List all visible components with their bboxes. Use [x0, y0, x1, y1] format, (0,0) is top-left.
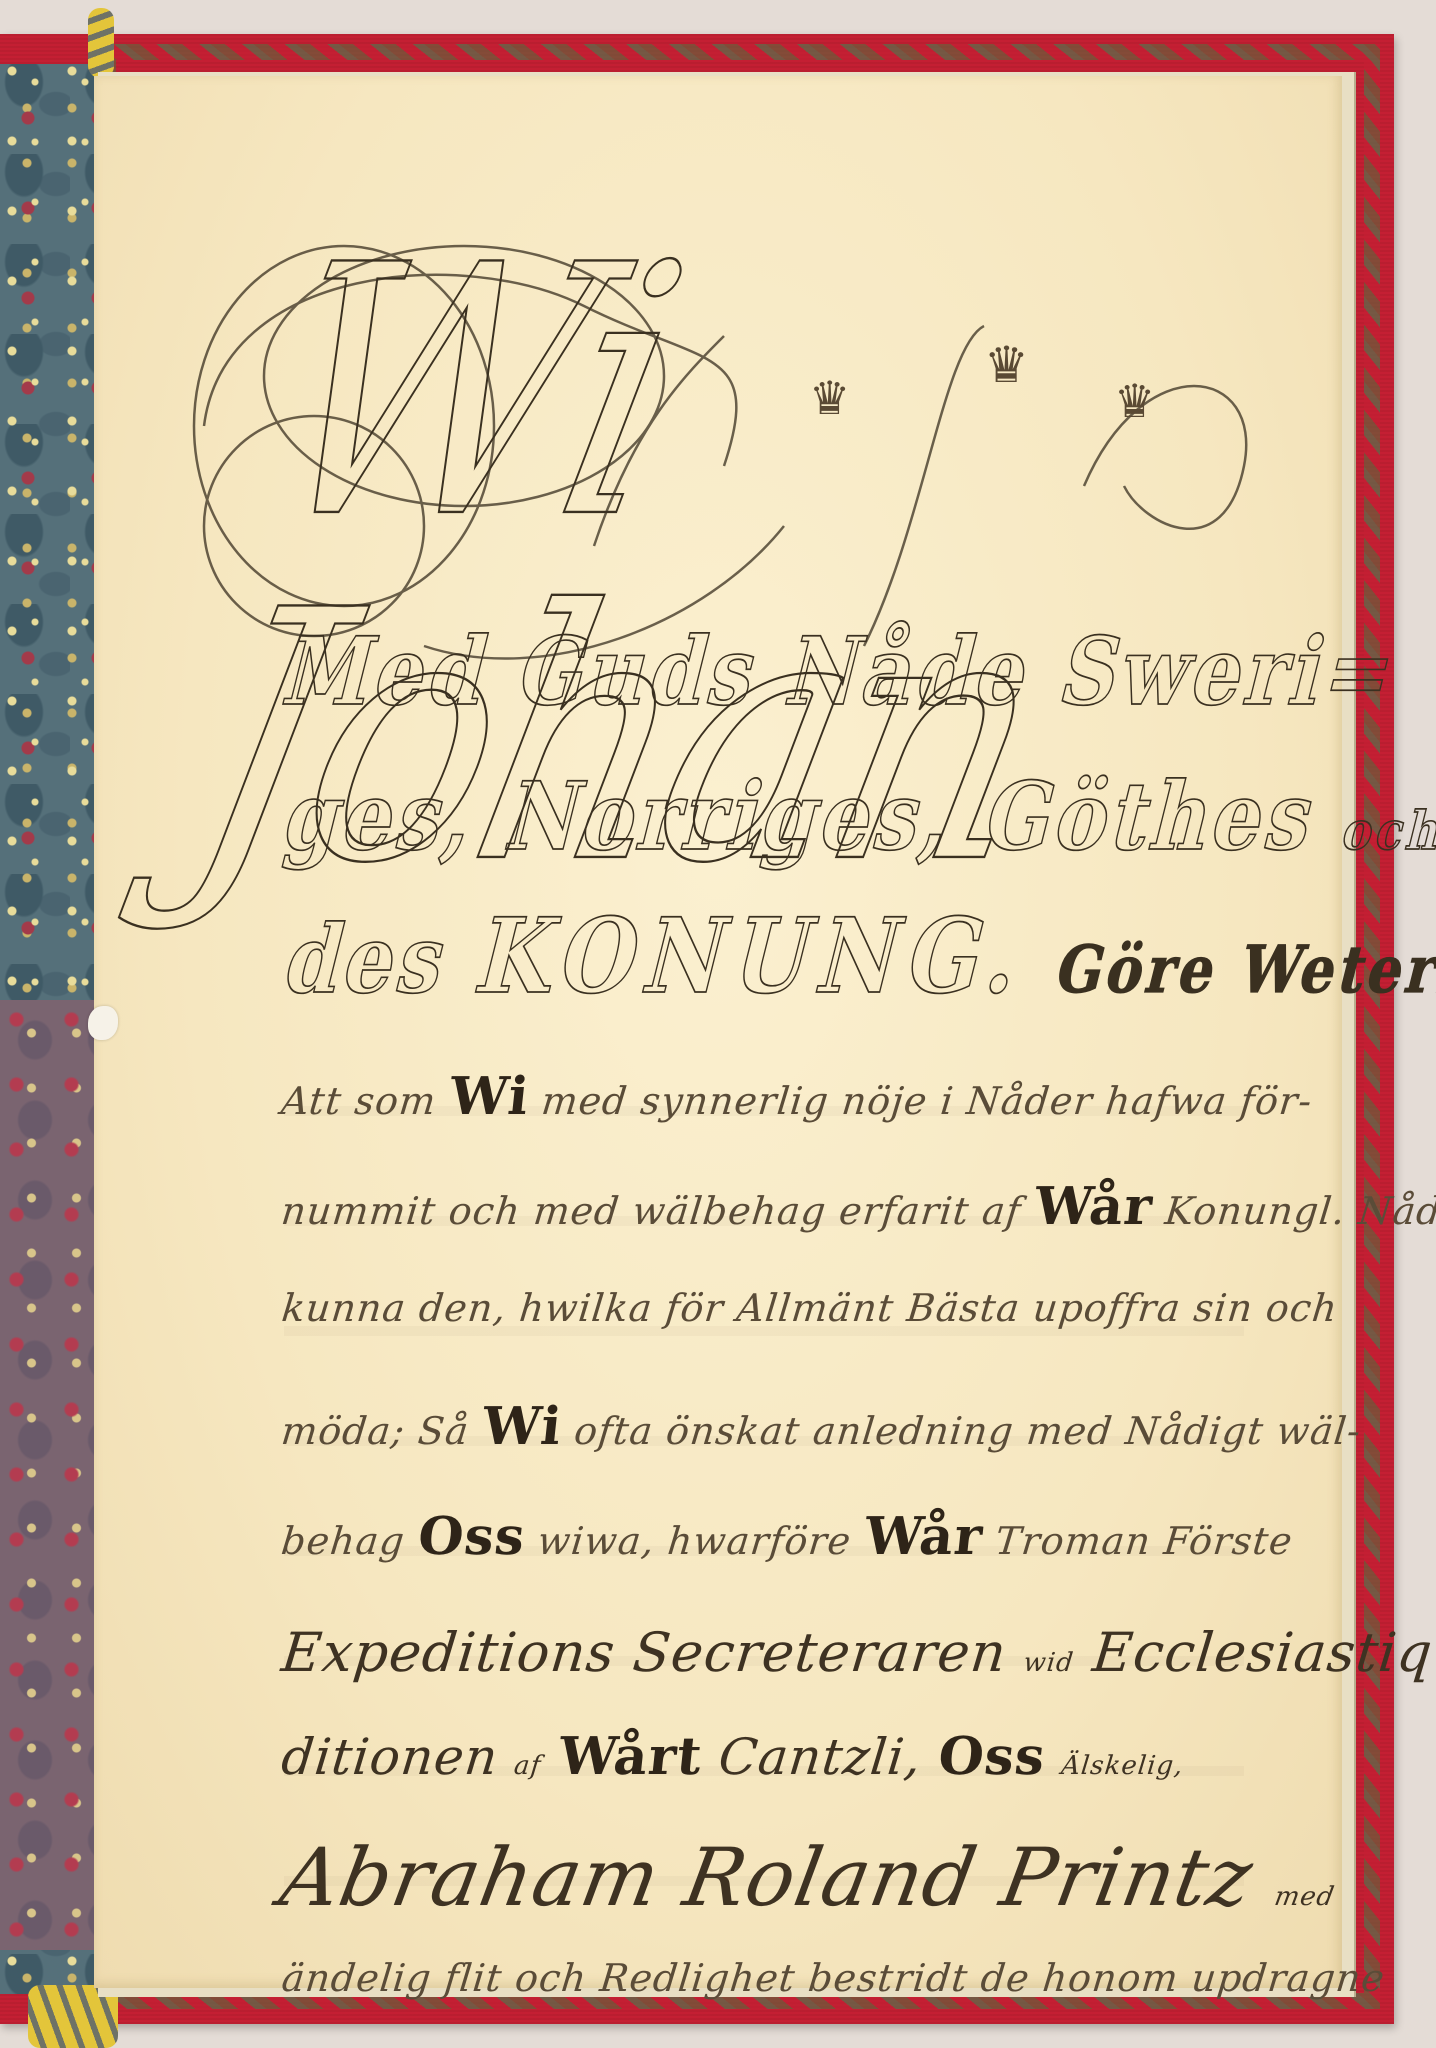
- crown-icon: ♛: [984, 336, 1029, 394]
- konung-title: KONUNG.: [465, 896, 1045, 1017]
- body-line-3: kunna den, hwilka för Allmänt Bästa upof…: [280, 1286, 1340, 1330]
- marbled-endpaper-lower: [0, 1000, 96, 1950]
- title-line-1: Med Guds Nåde Sweri=: [274, 618, 1410, 727]
- body-line-7: ditionen af Wårt Cantzli, Oss Älskelig,: [279, 1726, 1188, 1787]
- body-line-6: Expeditions Secreteraren wid Ecclesiasti…: [279, 1621, 1436, 1684]
- manuscript-page: Wi Johan ♛ ♛ ♛ Med Guds Nåde Sweri= ges,…: [94, 76, 1342, 1988]
- binding-cord-top: [88, 8, 114, 78]
- recipient-name: Abraham Roland Printz med: [274, 1831, 1346, 1924]
- body-line-2: nummit och med wälbehag erfarit af Wår K…: [279, 1176, 1436, 1237]
- crown-icon: ♛: [1114, 374, 1155, 428]
- title-line-3: des KONUNG. Göre Weterligt.: [274, 896, 1436, 1017]
- body-line-1: Att som Wi med synnerlig nöje i Nåder ha…: [279, 1066, 1316, 1127]
- crown-icon: ♛: [809, 371, 850, 425]
- ribbon-tab: [88, 1006, 118, 1040]
- title-line-2: ges, Norriges, Göthes och Wen: [274, 763, 1436, 872]
- body-line-9: ändelig flit och Redlighet bestridt de h…: [280, 1956, 1388, 2000]
- body-line-5: behag Oss wiwa, hwarföre Wår Troman Förs…: [279, 1506, 1297, 1567]
- body-line-4: möda; Så Wi ofta önskat anledning med Nå…: [279, 1396, 1365, 1457]
